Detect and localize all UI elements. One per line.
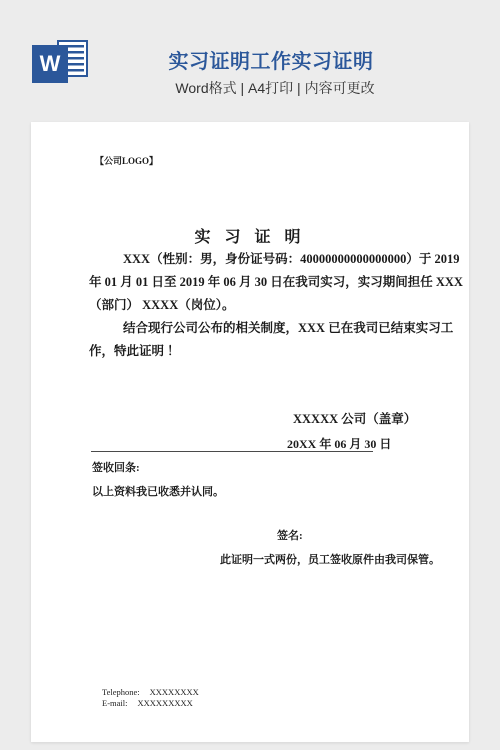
- contact-block: Telephone:XXXXXXXX E-mail:XXXXXXXXX: [102, 687, 199, 709]
- header: W 实习证明工作实习证明 Word格式 | A4打印 | 内容可更改: [0, 0, 500, 122]
- template-preview-screen: { "header": { "title": "实习证明工作实习证明", "su…: [0, 0, 500, 750]
- telephone-row: Telephone:XXXXXXXX: [102, 687, 199, 698]
- email-value: XXXXXXXXX: [138, 698, 193, 708]
- telephone-value: XXXXXXXX: [150, 687, 199, 697]
- email-label: E-mail:: [102, 698, 128, 708]
- word-logo-panel: W: [32, 45, 68, 83]
- body-line-5: 作，特此证明 ！: [89, 340, 180, 363]
- receipt-section-label: 签收回条:: [92, 459, 140, 475]
- body-line-2: 年 01 月 01 日至 2019 年 06 月 30 日在我司实习，实习期间担…: [89, 271, 463, 294]
- divider-line: [91, 451, 373, 452]
- word-logo-letter: W: [40, 53, 61, 75]
- document-text-lines-icon: [67, 45, 84, 73]
- telephone-label: Telephone:: [102, 687, 140, 697]
- receipt-statement: 以上资料我已收悉并认同。: [92, 483, 224, 499]
- body-line-3: （部门） XXXX（岗位）。: [89, 294, 234, 317]
- body-line-1: XXX（性别：男，身份证号码：40000000000000000）于 2019: [89, 248, 459, 271]
- page-title: 实习证明工作实习证明: [169, 45, 374, 74]
- company-logo-placeholder: 【公司LOGO】: [95, 154, 158, 167]
- word-file-icon: W: [32, 40, 90, 84]
- page-subtitle: Word格式 | A4打印 | 内容可更改: [175, 78, 374, 98]
- signature-date: 20XX 年 06 月 30 日: [287, 435, 391, 452]
- document-page-preview: 【公司LOGO】 实 习 证 明 XXX（性别：男，身份证号码：40000000…: [31, 122, 469, 742]
- document-title: 实 习 证 明: [31, 224, 469, 247]
- company-signature: XXXXX 公司（盖章）: [293, 409, 416, 427]
- signature-label: 签名:: [277, 527, 303, 543]
- duplicate-copy-note: 此证明一式两份，员工签收原件由我司保管。: [220, 551, 440, 567]
- email-row: E-mail:XXXXXXXXX: [102, 698, 199, 709]
- body-line-4: 结合现行公司公布的相关制度，XXX 已在我司已结束实习工: [89, 317, 453, 340]
